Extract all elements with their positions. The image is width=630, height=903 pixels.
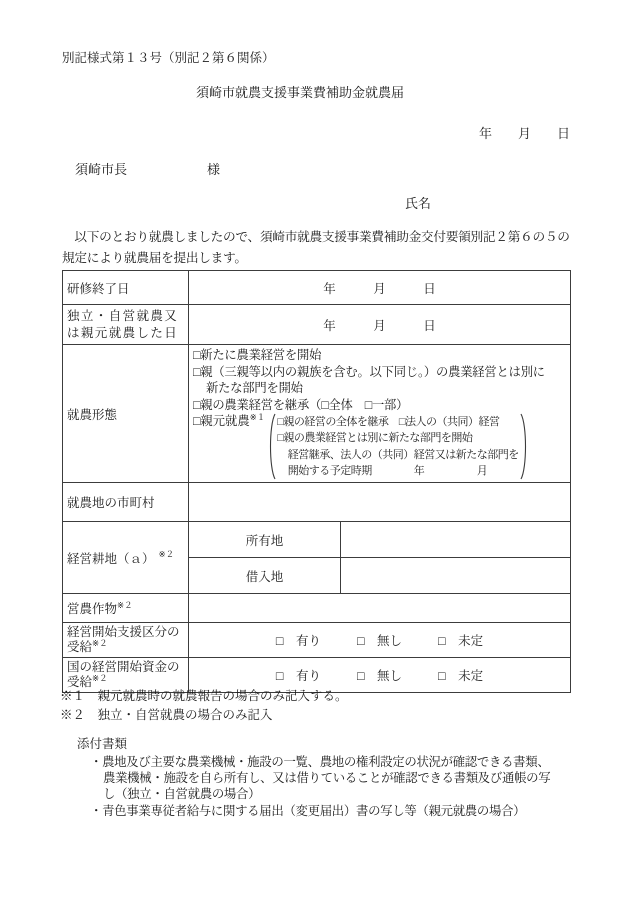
checkbox-choice-ari[interactable]: □ 有り: [276, 666, 321, 684]
left-paren-icon: [267, 413, 276, 480]
start-date-label: 独立・自営就農又は親元就農した日: [63, 305, 189, 345]
crops-field[interactable]: [189, 594, 571, 623]
support-category-row: 経営開始支援区分の受給※２ □ 有り □ 無し □ 未定: [63, 623, 571, 658]
farmland-label: 経営耕地（ａ）※２: [63, 522, 189, 594]
body-line-2: 規定により就農届を提出します。: [62, 248, 574, 269]
checkbox-choice-nashi[interactable]: □ 無し: [357, 631, 402, 649]
checkbox-choice-ari[interactable]: □ 有り: [276, 631, 321, 649]
planned-time-text: 経営継承、法人の（共同）経営又は新たな部門を: [277, 447, 519, 463]
attachment-item-2: ・青色事業専従者給与に関する届出（変更届出）書の写し等（親元就農の場合）: [90, 801, 525, 819]
body-line-1: 以下のとおり就農しましたので、須崎市就農支援事業費補助金交付要領別記２第６の５の: [62, 227, 574, 248]
addressee-honorific: 様: [207, 159, 220, 178]
footnote-2: ※２ 独立・自営就農の場合のみ記入: [60, 705, 273, 723]
name-field-label: 氏名: [405, 193, 431, 212]
form-number-label: 別記様式第１３号（別記２第６関係）: [62, 48, 275, 66]
checkbox-option-full-succession[interactable]: □親の経営の全体を継承 □法人の（共同）経営: [277, 414, 519, 430]
attachment-item-1-cont2: し（独立・自営就農の場合）: [103, 784, 260, 802]
checkbox-option-oyamoto-group: □親元就農※１ □親の経営の全体を継承 □法人の（共同）経営 □親の農業経営とは…: [193, 413, 566, 480]
checkbox-option-new-management[interactable]: □新たに農業経営を開始: [193, 347, 566, 364]
application-table: 研修終了日 年 月 日 独立・自営就農又は親元就農した日 年 月 日 就農形態 …: [62, 270, 571, 693]
checkbox-choice-nashi[interactable]: □ 無し: [357, 666, 402, 684]
document-page: 別記様式第１３号（別記２第６関係） 須崎市就農支援事業費補助金就農届 年 月 日…: [0, 0, 630, 903]
farmland-owned-row: 経営耕地（ａ）※２ 所有地: [63, 522, 571, 558]
start-date-field[interactable]: 年 月 日: [189, 305, 571, 345]
page-title: 須崎市就農支援事業費補助金就農届: [0, 82, 600, 101]
crops-label: 営農作物※２: [63, 594, 189, 623]
farming-type-options-cell: □新たに農業経営を開始 □親（三親等以内の親族を含む。以下同じ。）の農業経営とは…: [189, 345, 571, 483]
checkbox-option-new-division[interactable]: □親の農業経営とは別に新たな部門を開始: [277, 430, 519, 446]
municipality-label: 就農地の市町村: [63, 483, 189, 522]
checkbox-option-oyamoto[interactable]: □親元就農※１: [193, 413, 265, 430]
farming-type-label: 就農形態: [63, 345, 189, 483]
farmland-owned-label: 所有地: [189, 522, 341, 558]
checkbox-option-succession[interactable]: □親の農業経営を継承（□全体 □一部）: [193, 397, 566, 414]
support-category-label: 経営開始支援区分の受給※２: [63, 623, 189, 658]
note-ref-2: ※２: [92, 638, 108, 648]
note-ref-1: ※１: [250, 412, 266, 422]
body-paragraph: 以下のとおり就農しましたので、須崎市就農支援事業費補助金交付要領別記２第６の５の…: [62, 227, 574, 269]
start-date-row: 独立・自営就農又は親元就農した日 年 月 日: [63, 305, 571, 345]
note-ref-2: ※２: [159, 549, 175, 559]
farmland-owned-field[interactable]: [341, 522, 571, 558]
support-category-choices: □ 有り □ 無し □ 未定: [189, 623, 571, 658]
municipality-field[interactable]: [189, 483, 571, 522]
planned-time-date-field[interactable]: 開始する予定時期 年 月: [277, 463, 519, 479]
date-field[interactable]: 年 月 日: [479, 123, 570, 142]
farmland-leased-field[interactable]: [341, 558, 571, 594]
farming-type-row: 就農形態 □新たに農業経営を開始 □親（三親等以内の親族を含む。以下同じ。）の農…: [63, 345, 571, 483]
footnote-1: ※１ 親元就農時の就農報告の場合のみ記入する。: [60, 686, 348, 704]
checkbox-choice-mitei[interactable]: □ 未定: [438, 666, 483, 684]
oyamoto-bracket-group: □親の経営の全体を継承 □法人の（共同）経営 □親の農業経営とは別に新たな部門を…: [267, 413, 529, 480]
training-end-date-field[interactable]: 年 月 日: [189, 271, 571, 305]
farmland-leased-label: 借入地: [189, 558, 341, 594]
training-end-row: 研修終了日 年 月 日: [63, 271, 571, 305]
municipality-row: 就農地の市町村: [63, 483, 571, 522]
addressee-label: 須崎市長: [75, 159, 127, 178]
checkbox-option-separate-division[interactable]: □親（三親等以内の親族を含む。以下同じ。）の農業経営とは別に: [193, 364, 566, 381]
crops-row: 営農作物※２: [63, 594, 571, 623]
note-ref-2: ※２: [117, 600, 133, 610]
oyamoto-sub-options: □親の経営の全体を継承 □法人の（共同）経営 □親の農業経営とは別に新たな部門を…: [276, 414, 520, 479]
training-end-label: 研修終了日: [63, 271, 189, 305]
right-paren-icon: [520, 413, 529, 480]
checkbox-choice-mitei[interactable]: □ 未定: [438, 631, 483, 649]
checkbox-option-separate-division-cont: 新たな部門を開始: [193, 380, 566, 397]
note-ref-2: ※２: [92, 673, 108, 683]
attachments-heading: 添付書類: [77, 734, 127, 752]
